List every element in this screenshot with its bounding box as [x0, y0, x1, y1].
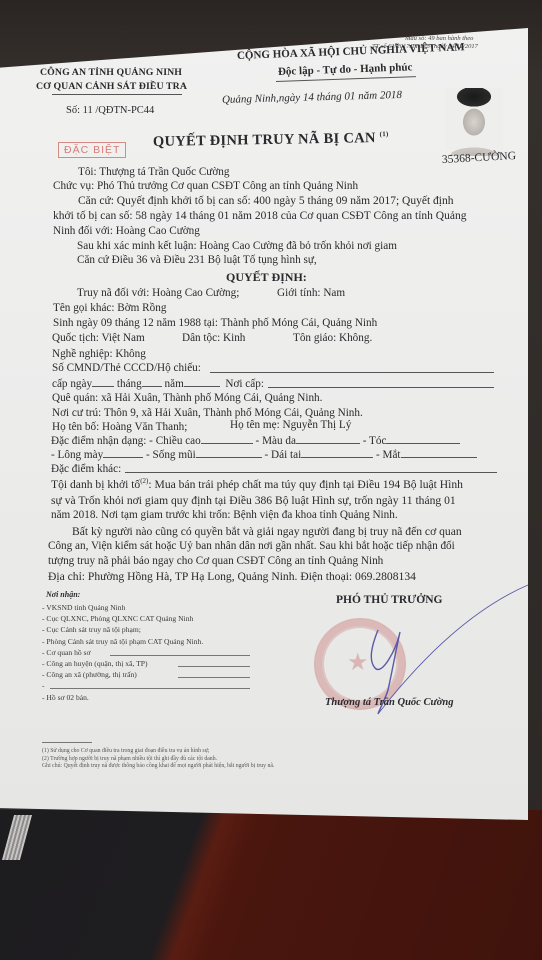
footnote-item: Ghi chú: Quyết định truy nã được thông b…: [42, 760, 274, 773]
footnote-separator: [42, 742, 92, 743]
signer-name: Thượng tá Trần Quốc Cường: [325, 696, 454, 709]
handwritten-signature: [0, 0, 542, 960]
